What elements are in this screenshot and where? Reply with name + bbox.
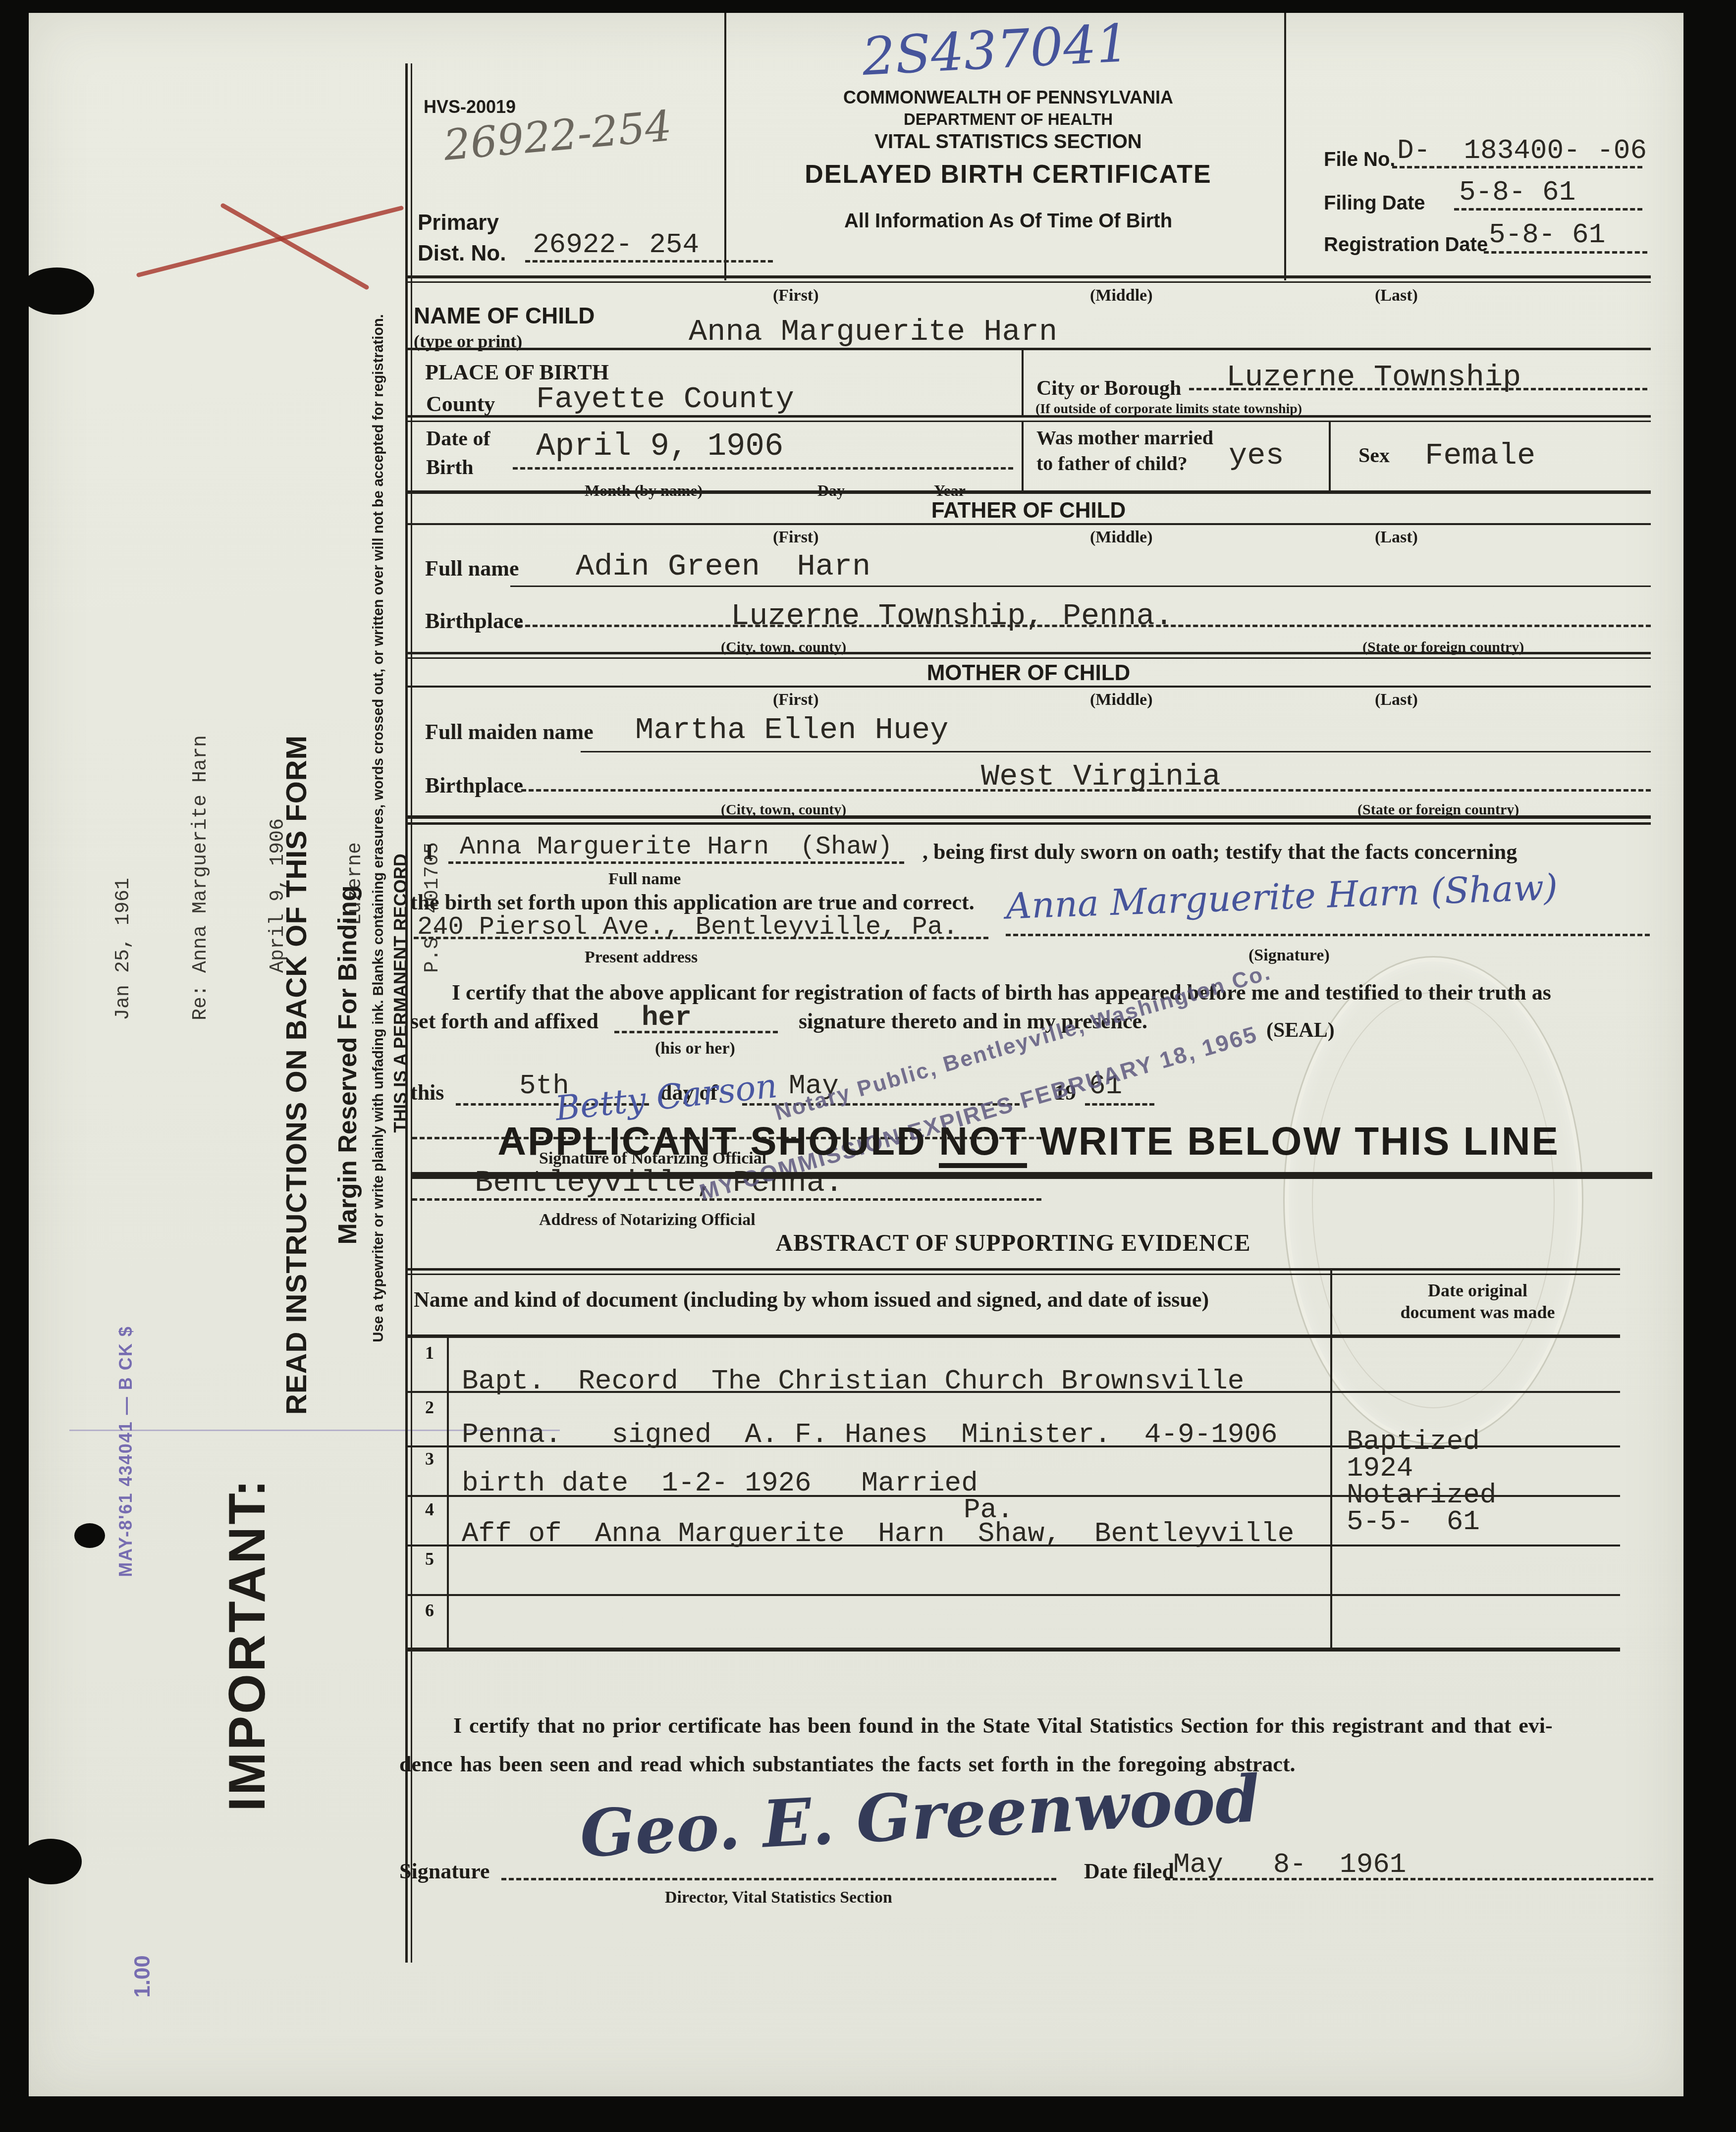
red-x-mark <box>134 193 411 297</box>
punch-hole <box>20 1839 82 1884</box>
mother-maiden-label: Full maiden name <box>425 719 594 745</box>
row-number: 1 <box>425 1342 434 1363</box>
department-label: DEPARTMENT OF HEALTH <box>773 110 1244 129</box>
column-caption-first: (First) <box>773 528 819 547</box>
her-line <box>614 1031 778 1033</box>
table-number-divider <box>447 1334 449 1651</box>
column-caption-first: (First) <box>773 691 819 709</box>
table-column-divider <box>1330 1268 1332 1651</box>
father-section-title: FATHER OF CHILD <box>406 498 1651 523</box>
header-divider <box>724 13 726 280</box>
table-col2-header-line1: Date original <box>1333 1280 1623 1301</box>
form-number: HVS-20019 <box>424 97 516 117</box>
cell-divider <box>1022 422 1024 490</box>
cell-divider <box>1022 348 1024 415</box>
district-number-line <box>525 260 773 263</box>
rule <box>406 822 1651 825</box>
county-label: County <box>426 391 495 417</box>
header-divider <box>1284 13 1286 280</box>
present-address-caption: Present address <box>585 948 698 967</box>
column-caption-first: (First) <box>773 286 819 305</box>
sex-value: Female <box>1425 438 1535 473</box>
cell-divider <box>1329 422 1331 490</box>
affiant-name-line <box>448 861 904 864</box>
filing-date-line <box>1454 208 1642 211</box>
present-address-line <box>414 937 988 939</box>
rule <box>406 657 1651 659</box>
registration-date-label: Registration Date <box>1324 234 1488 256</box>
rule <box>406 490 1651 494</box>
registration-date-value: 5-8- 61 <box>1489 219 1605 251</box>
notary-address-caption: Address of Notarizing Official <box>539 1211 756 1229</box>
embossed-seal-inner-ring <box>1312 992 1555 1408</box>
rule <box>406 815 1651 819</box>
punch-hole <box>20 267 94 315</box>
row-number: 6 <box>425 1600 434 1621</box>
file-no-line <box>1392 166 1642 168</box>
column-caption-middle: (Middle) <box>1090 528 1153 547</box>
rule <box>581 751 1651 752</box>
father-fullname-label: Full name <box>425 556 519 581</box>
table-row-text: Bapt. Record The Christian Church Browns… <box>462 1365 1244 1397</box>
rule <box>406 523 1651 525</box>
table-row-text: Penna. signed A. F. Hanes Minister. 4-9-… <box>462 1419 1278 1450</box>
row-number: 3 <box>425 1448 434 1469</box>
margin-note-line: Jan 25, 1961 <box>111 535 137 1020</box>
file-no-value: D- 183400- -06 <box>1397 135 1647 166</box>
notary-certify-text2a: set forth and affixed <box>410 1009 598 1034</box>
city-borough-line <box>1189 388 1647 390</box>
mother-section-title: MOTHER OF CHILD <box>406 661 1651 686</box>
applicant-warning-bar: APPLICANT SHOULD NOT WRITE BELOW THIS LI… <box>406 1119 1651 1164</box>
mother-birthplace-label: Birthplace <box>425 773 523 798</box>
table-col1-header: Name and kind of document (including by … <box>414 1287 1209 1312</box>
footer-certify-line1: I certify that no prior certificate has … <box>453 1713 1553 1738</box>
district-number-value: 26922- 254 <box>533 229 699 261</box>
table-row-text: birth date 1-2- 1926 Married <box>462 1467 978 1499</box>
rule <box>406 1268 1620 1271</box>
row-number: 4 <box>425 1499 434 1520</box>
mother-married-label: Was mother married <box>1036 426 1213 449</box>
column-caption-last: (Last) <box>1375 528 1418 547</box>
table-bottom-line <box>406 1648 1620 1652</box>
thick-divider-bar <box>411 1172 1652 1179</box>
affidavit-text: , being first duly sworn on oath; testif… <box>922 839 1517 864</box>
father-fullname-value: Adin Green Harn <box>576 549 870 584</box>
abstract-title: ABSTRACT OF SUPPORTING EVIDENCE <box>406 1229 1620 1257</box>
year-line <box>1085 1103 1154 1106</box>
certificate-title: DELAYED BIRTH CERTIFICATE <box>773 160 1244 189</box>
mother-married-label2: to father of child? <box>1036 452 1188 475</box>
rule <box>406 415 1651 418</box>
date-of-birth-label: Date of <box>426 427 490 451</box>
rule <box>406 1274 1620 1275</box>
commonwealth-label: COMMONWEALTH OF PENNSYLVANIA <box>773 87 1244 108</box>
read-instructions-label: READ INSTRUCTIONS ON BACK OF THIS FORM <box>280 703 315 1446</box>
warning-text-post: WRITE BELOW THIS LINE <box>1027 1119 1560 1163</box>
fee-amount-stamp: 1.00 <box>130 1937 155 2016</box>
certificate-subtitle: All Information As Of Time Of Birth <box>773 210 1244 232</box>
full-name-caption: Full name <box>608 870 681 889</box>
affidavit-text-line2: the birth set forth upon this applicatio… <box>410 890 975 915</box>
affidavit-i-label: I <box>425 839 434 864</box>
row-number: 2 <box>425 1397 434 1418</box>
primary-label: Primary <box>418 211 499 235</box>
table-row-line <box>406 1594 1620 1596</box>
margin-reference-note: Jan 25, 1961 Re: Anna Marguerite Harn Ap… <box>59 535 193 1020</box>
punch-hole <box>74 1523 105 1548</box>
table-col2-header-line2: document was made <box>1333 1302 1623 1323</box>
date-filed-label: Date filed <box>1084 1859 1174 1884</box>
his-or-her-caption: (his or her) <box>655 1039 735 1058</box>
fee-stamp: MAY-8'61 434041 — B CK $ <box>115 1313 140 1590</box>
rule <box>406 275 1651 278</box>
registration-date-line <box>1484 251 1647 254</box>
row-number: 5 <box>425 1548 434 1569</box>
district-number-label: Dist. No. <box>418 241 506 266</box>
footer-signature-label: Signature <box>399 1859 490 1884</box>
footer-signature-line <box>501 1878 1056 1880</box>
rule <box>406 281 1651 283</box>
mother-married-value: yes <box>1229 438 1284 473</box>
sex-label: Sex <box>1358 444 1390 468</box>
warning-text-not: NOT <box>939 1119 1027 1168</box>
scanned-document-screenshot: { "margin": { "note": { "l1": "Jan 25, 1… <box>0 0 1736 2132</box>
rule <box>406 421 1651 422</box>
column-caption-middle: (Middle) <box>1090 286 1153 305</box>
her-value: her <box>642 1002 692 1033</box>
column-caption-last: (Last) <box>1375 286 1418 305</box>
county-value: Fayette County <box>536 381 794 417</box>
date-original-value: 5-5- 61 <box>1347 1506 1480 1538</box>
typewriter-instruction-note: Use a typewriter or write plainly with u… <box>371 291 390 1366</box>
mother-maiden-value: Martha Ellen Huey <box>635 712 949 747</box>
filing-date-value: 5-8- 61 <box>1459 176 1575 208</box>
column-caption-middle: (Middle) <box>1090 691 1153 709</box>
date-of-birth-value: April 9, 1906 <box>536 429 783 465</box>
margin-binding-label: Margin Reserved For Binding <box>333 805 363 1325</box>
applicant-signature-line <box>1006 934 1650 936</box>
father-birthplace-label: Birthplace <box>425 608 523 634</box>
date-of-birth-label2: Birth <box>426 456 474 480</box>
this-label: this <box>410 1080 444 1105</box>
date-filed-value: May 8- 1961 <box>1173 1849 1406 1880</box>
father-birthplace-value: Luzerne Township, Penna. <box>731 598 1173 634</box>
rule <box>406 348 1651 350</box>
table-row-text: Aff of Anna Marguerite Harn Shaw, Bentle… <box>462 1518 1294 1549</box>
filing-date-label: Filing Date <box>1324 192 1425 214</box>
rule <box>406 686 1651 688</box>
important-label: IMPORTANT: <box>218 1441 277 1848</box>
rule <box>406 1334 1620 1338</box>
notary-certify-text: I certify that the above applicant for r… <box>452 980 1551 1005</box>
city-borough-label: City or Borough <box>1036 376 1181 400</box>
date-of-birth-line <box>513 467 1013 470</box>
name-of-child-label: NAME OF CHILD <box>414 302 595 329</box>
file-no-label: File No. <box>1324 149 1395 171</box>
section-label: VITAL STATISTICS SECTION <box>773 131 1244 153</box>
director-caption: Director, Vital Statistics Section <box>665 1888 892 1907</box>
child-name-value: Anna Marguerite Harn <box>689 314 1057 349</box>
mother-birthplace-line <box>521 789 1651 792</box>
column-caption-last: (Last) <box>1375 691 1418 709</box>
rule <box>406 652 1651 654</box>
affiant-name-value: Anna Marguerite Harn (Shaw) <box>460 832 893 861</box>
father-birthplace-line <box>518 625 1651 627</box>
margin-note-line: Re: Anna Marguerite Harn <box>188 535 214 1020</box>
rule <box>510 586 1651 587</box>
date-filed-line <box>1165 1878 1653 1880</box>
warning-text-pre: APPLICANT SHOULD <box>497 1119 939 1163</box>
